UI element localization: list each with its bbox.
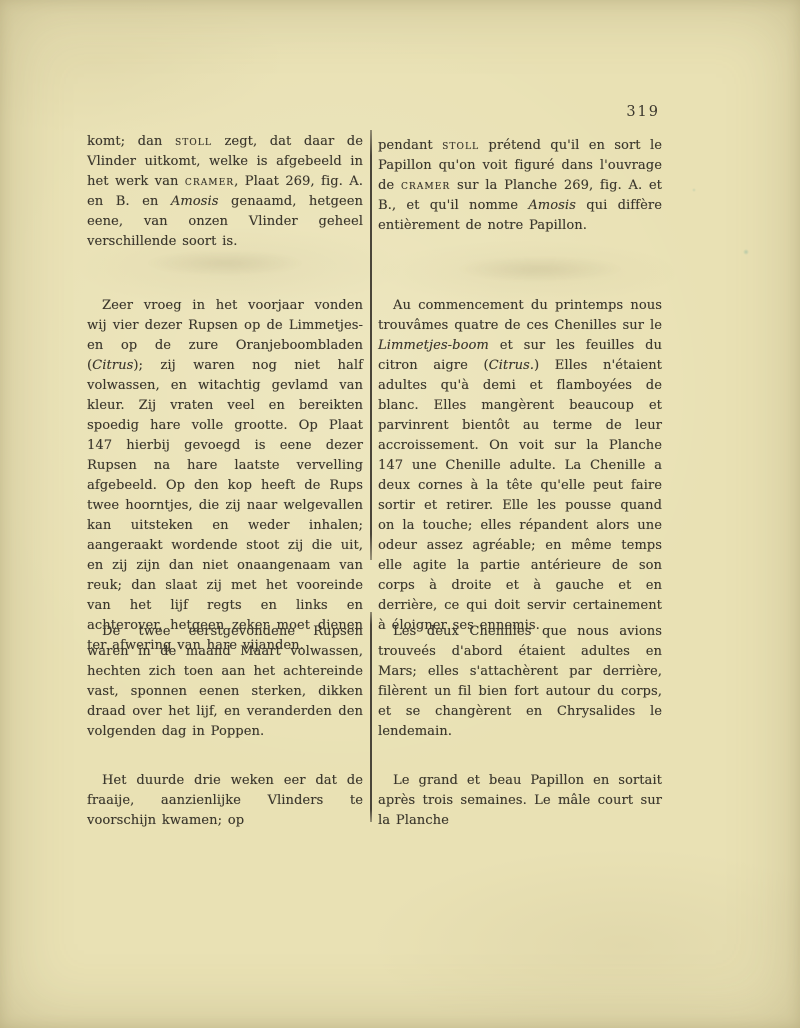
book-page-scan: 319 komt; dan stoll zegt, dat daar de Vl… bbox=[0, 0, 800, 1028]
french-paragraph-1: pendant stoll prétend qu'il en sort le P… bbox=[378, 136, 662, 236]
dutch-paragraph-2: Zeer vroeg in het voorjaar vonden wij vi… bbox=[87, 296, 363, 656]
french-paragraph-2: Au commencement du printemps nous trouvâ… bbox=[378, 296, 662, 636]
french-paragraph-3: Les deux Chenilles que nous avions trouv… bbox=[378, 622, 662, 742]
dutch-paragraph-3: De twee eerstgevondene Rupsen waren in d… bbox=[87, 622, 363, 742]
column-divider-rule-upper bbox=[370, 130, 372, 560]
dutch-paragraph-1: komt; dan stoll zegt, dat daar de Vlinde… bbox=[87, 132, 363, 252]
show-through-smudge bbox=[430, 252, 650, 286]
french-paragraph-4: Le grand et beau Papillon en sortait apr… bbox=[378, 771, 662, 831]
page-number: 319 bbox=[378, 104, 660, 120]
dutch-paragraph-4: Het duurde drie weken eer dat de fraaije… bbox=[87, 771, 363, 831]
column-divider-rule-lower bbox=[370, 612, 372, 822]
